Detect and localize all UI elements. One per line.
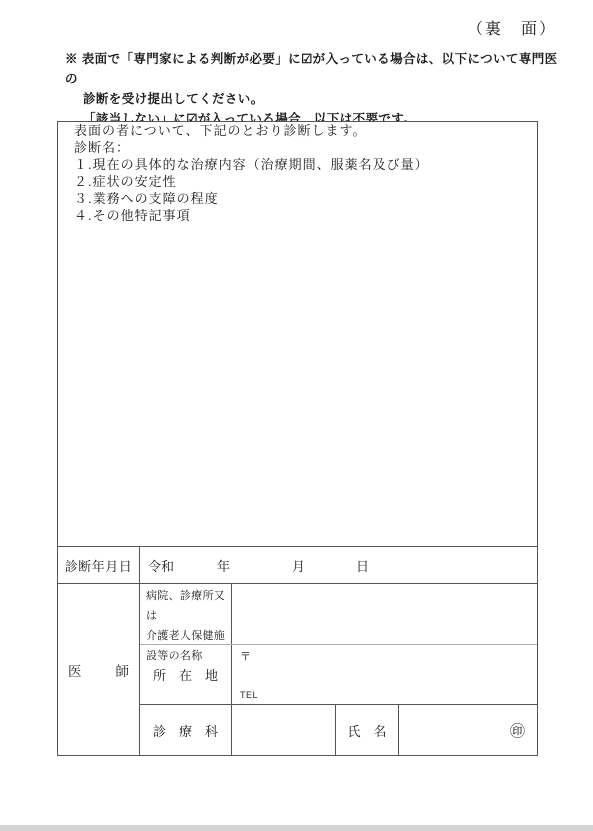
bottom-edge-bar [0,825,593,831]
address-row: 所 在 地 〒 TEL [140,645,537,705]
postal-mark: 〒 [240,648,537,664]
diagnosis-text-area: 表面の者について、下記のとおり診断します。 診断名： １.現在の具体的な治療内容… [58,122,537,546]
facility-name-label: 病院、診療所又は 介護老人保健施 設等の名称 [140,584,232,644]
intro-text: 表面の者について、下記のとおり診断します。 [74,122,527,139]
month-label: 月 [292,556,305,575]
seal-mark-icon: ㊞ [510,720,525,741]
tel-label: TEL [240,690,537,700]
form-back-page: （裏 面） ※ 表面で「専門家による判断が必要」に☑が入っている場合は、以下につ… [0,0,593,831]
item-symptom-stability: ２.症状の安定性 [74,173,527,190]
doctor-name-label: 氏 名 [336,705,399,755]
year-label: 年 [217,556,230,575]
doctor-info-table: 診断年月日 令和 年 月 日 医 師 病院、診療所又は [58,546,537,755]
department-name-row: 診 療 科 氏 名 ㊞ [140,705,537,755]
doctor-section: 医 師 病院、診療所又は 介護老人保健施 設等の名称 所 在 地 [58,584,537,755]
department-label: 診 療 科 [140,705,232,755]
notice-block: ※ 表面で「専門家による判断が必要」に☑が入っている場合は、以下について専門医の… [65,49,563,129]
item-treatment-details: １.現在の具体的な治療内容（治療期間、服薬名及び量） [74,156,527,173]
doctor-label: 医 師 [58,584,140,755]
item-work-impact: ３.業務への支障の程度 [74,190,527,207]
diagnosis-date-field: 令和 年 月 日 [140,547,537,583]
address-field: 〒 TEL [232,645,537,704]
diagnosis-date-row: 診断年月日 令和 年 月 日 [58,547,537,584]
notice-line-1: ※ 表面で「専門家による判断が必要」に☑が入っている場合は、以下について専門医の [65,49,563,89]
address-label: 所 在 地 [140,645,232,704]
era-label: 令和 [148,556,174,575]
facility-name-row: 病院、診療所又は 介護老人保健施 設等の名称 [140,584,537,645]
diagnosis-name-label: 診断名： [74,139,527,156]
diagnosis-form-box: 表面の者について、下記のとおり診断します。 診断名： １.現在の具体的な治療内容… [57,121,538,756]
facility-name-field [232,584,537,644]
doctor-name-field: ㊞ [399,705,537,755]
doctor-label-char-second: 師 [116,660,130,680]
notice-line-2: 診断を受け提出してください。 [83,89,563,109]
doctor-label-char-first: 医 [68,660,82,680]
item-other-notes: ４.その他特記事項 [74,207,527,224]
doctor-details: 病院、診療所又は 介護老人保健施 設等の名称 所 在 地 〒 TEL [140,584,537,755]
diagnosis-date-label: 診断年月日 [58,547,140,583]
day-label: 日 [356,556,369,575]
page-side-label: （裏 面） [467,16,557,39]
department-field [232,705,336,755]
